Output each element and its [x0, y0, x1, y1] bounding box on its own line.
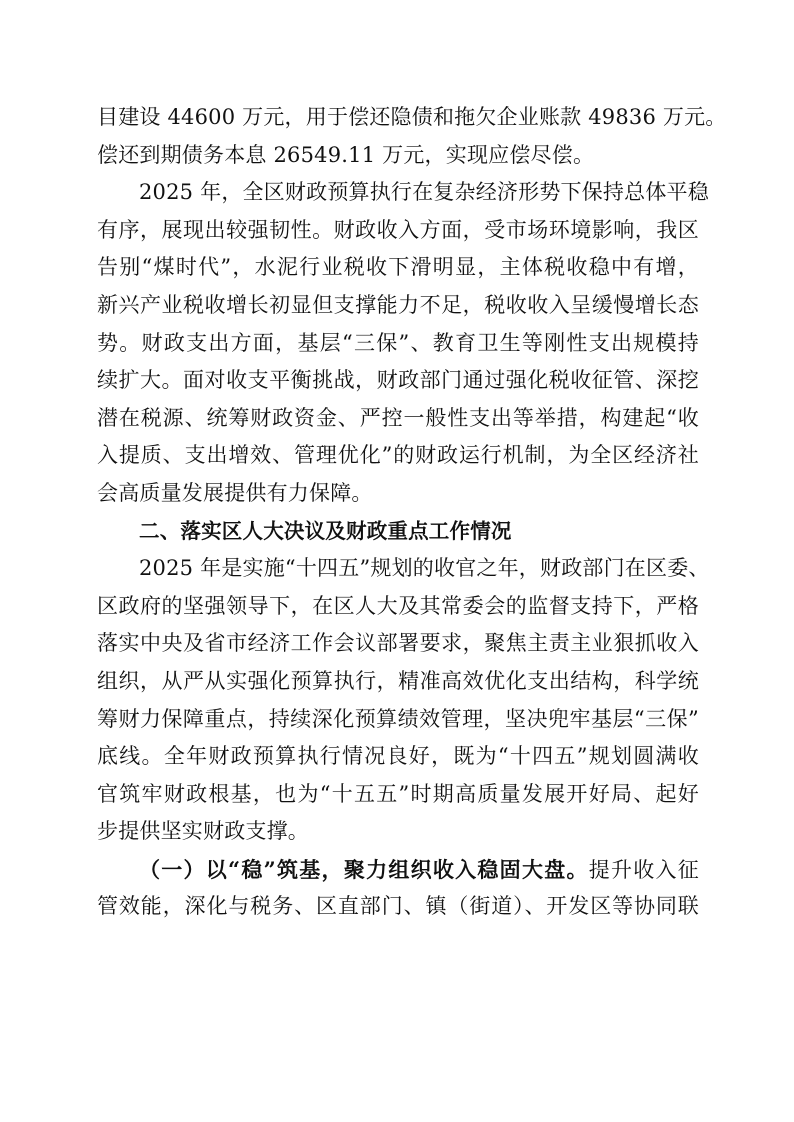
text-line: 步提供坚实财政支撑。: [97, 813, 699, 851]
text-line: 筹财力保障重点，持续深化预算绩效管理，坚决兜牢基层“三保”: [97, 701, 699, 739]
paragraph-key-work-summary: 2025 年是实施“十四五”规划的收官之年，财政部门在区委、 区政府的坚强领导下…: [97, 550, 699, 851]
text-line: 潜在税源、统筹财政资金、严控一般性支出等举措，构建起“收: [97, 400, 699, 438]
text-line: 续扩大。面对收支平衡挑战，财政部门通过强化税收征管、深挖: [97, 362, 699, 400]
text-line: 新兴产业税收增长初显但支撑能力不足，税收收入呈缓慢增长态: [97, 287, 699, 325]
text-line: 告别“煤时代”，水泥行业税收下滑明显，主体税收稳中有增，: [97, 249, 699, 287]
text-line: 官筑牢财政根基，也为“十五五”时期高质量发展开好局、起好: [97, 776, 699, 814]
text-line: 目建设 44600 万元，用于偿还隐债和拖欠企业账款 49836 万元。: [97, 99, 699, 137]
text-line: （一）以“稳”筑基，聚力组织收入稳固大盘。提升收入征: [97, 851, 699, 889]
text-line: 2025 年，全区财政预算执行在复杂经济形势下保持总体平稳: [97, 174, 699, 212]
text-line: 2025 年是实施“十四五”规划的收官之年，财政部门在区委、: [97, 550, 699, 588]
text-line: 势。财政支出方面，基层“三保”、教育卫生等刚性支出规模持: [97, 325, 699, 363]
subheading-lead: （一）以“稳”筑基，聚力组织收入稳固大盘。: [139, 857, 589, 882]
text-line: 会高质量发展提供有力保障。: [97, 475, 699, 513]
text-line: 有序，展现出较强韧性。财政收入方面，受市场环境影响，我区: [97, 212, 699, 250]
section-heading: 二、落实区人大决议及财政重点工作情况: [97, 513, 699, 551]
paragraph-revenue-organization: （一）以“稳”筑基，聚力组织收入稳固大盘。提升收入征 管效能，深化与税务、区直部…: [97, 851, 699, 926]
text-line: 组织，从严从实强化预算执行，精准高效优化支出结构，科学统: [97, 663, 699, 701]
text-line: 区政府的坚强领导下，在区人大及其常委会的监督支持下，严格: [97, 588, 699, 626]
text-run: 提升收入征: [589, 858, 699, 882]
text-line: 入提质、支出增效、管理优化”的财政运行机制，为全区经济社: [97, 437, 699, 475]
text-line: 偿还到期债务本息 26549.11 万元，实现应偿尽偿。: [97, 137, 699, 175]
text-line: 管效能，深化与税务、区直部门、镇（街道）、开发区等协同联: [97, 888, 699, 926]
text-line: 落实中央及省市经济工作会议部署要求，聚焦主责主业狠抓收入: [97, 625, 699, 663]
text-line: 底线。全年财政预算执行情况良好，既为“十四五”规划圆满收: [97, 738, 699, 776]
paragraph-debt-repayment: 目建设 44600 万元，用于偿还隐债和拖欠企业账款 49836 万元。 偿还到…: [97, 99, 699, 174]
paragraph-budget-execution-overview: 2025 年，全区财政预算执行在复杂经济形势下保持总体平稳 有序，展现出较强韧性…: [97, 174, 699, 512]
document-page: 目建设 44600 万元，用于偿还隐债和拖欠企业账款 49836 万元。 偿还到…: [97, 99, 699, 926]
